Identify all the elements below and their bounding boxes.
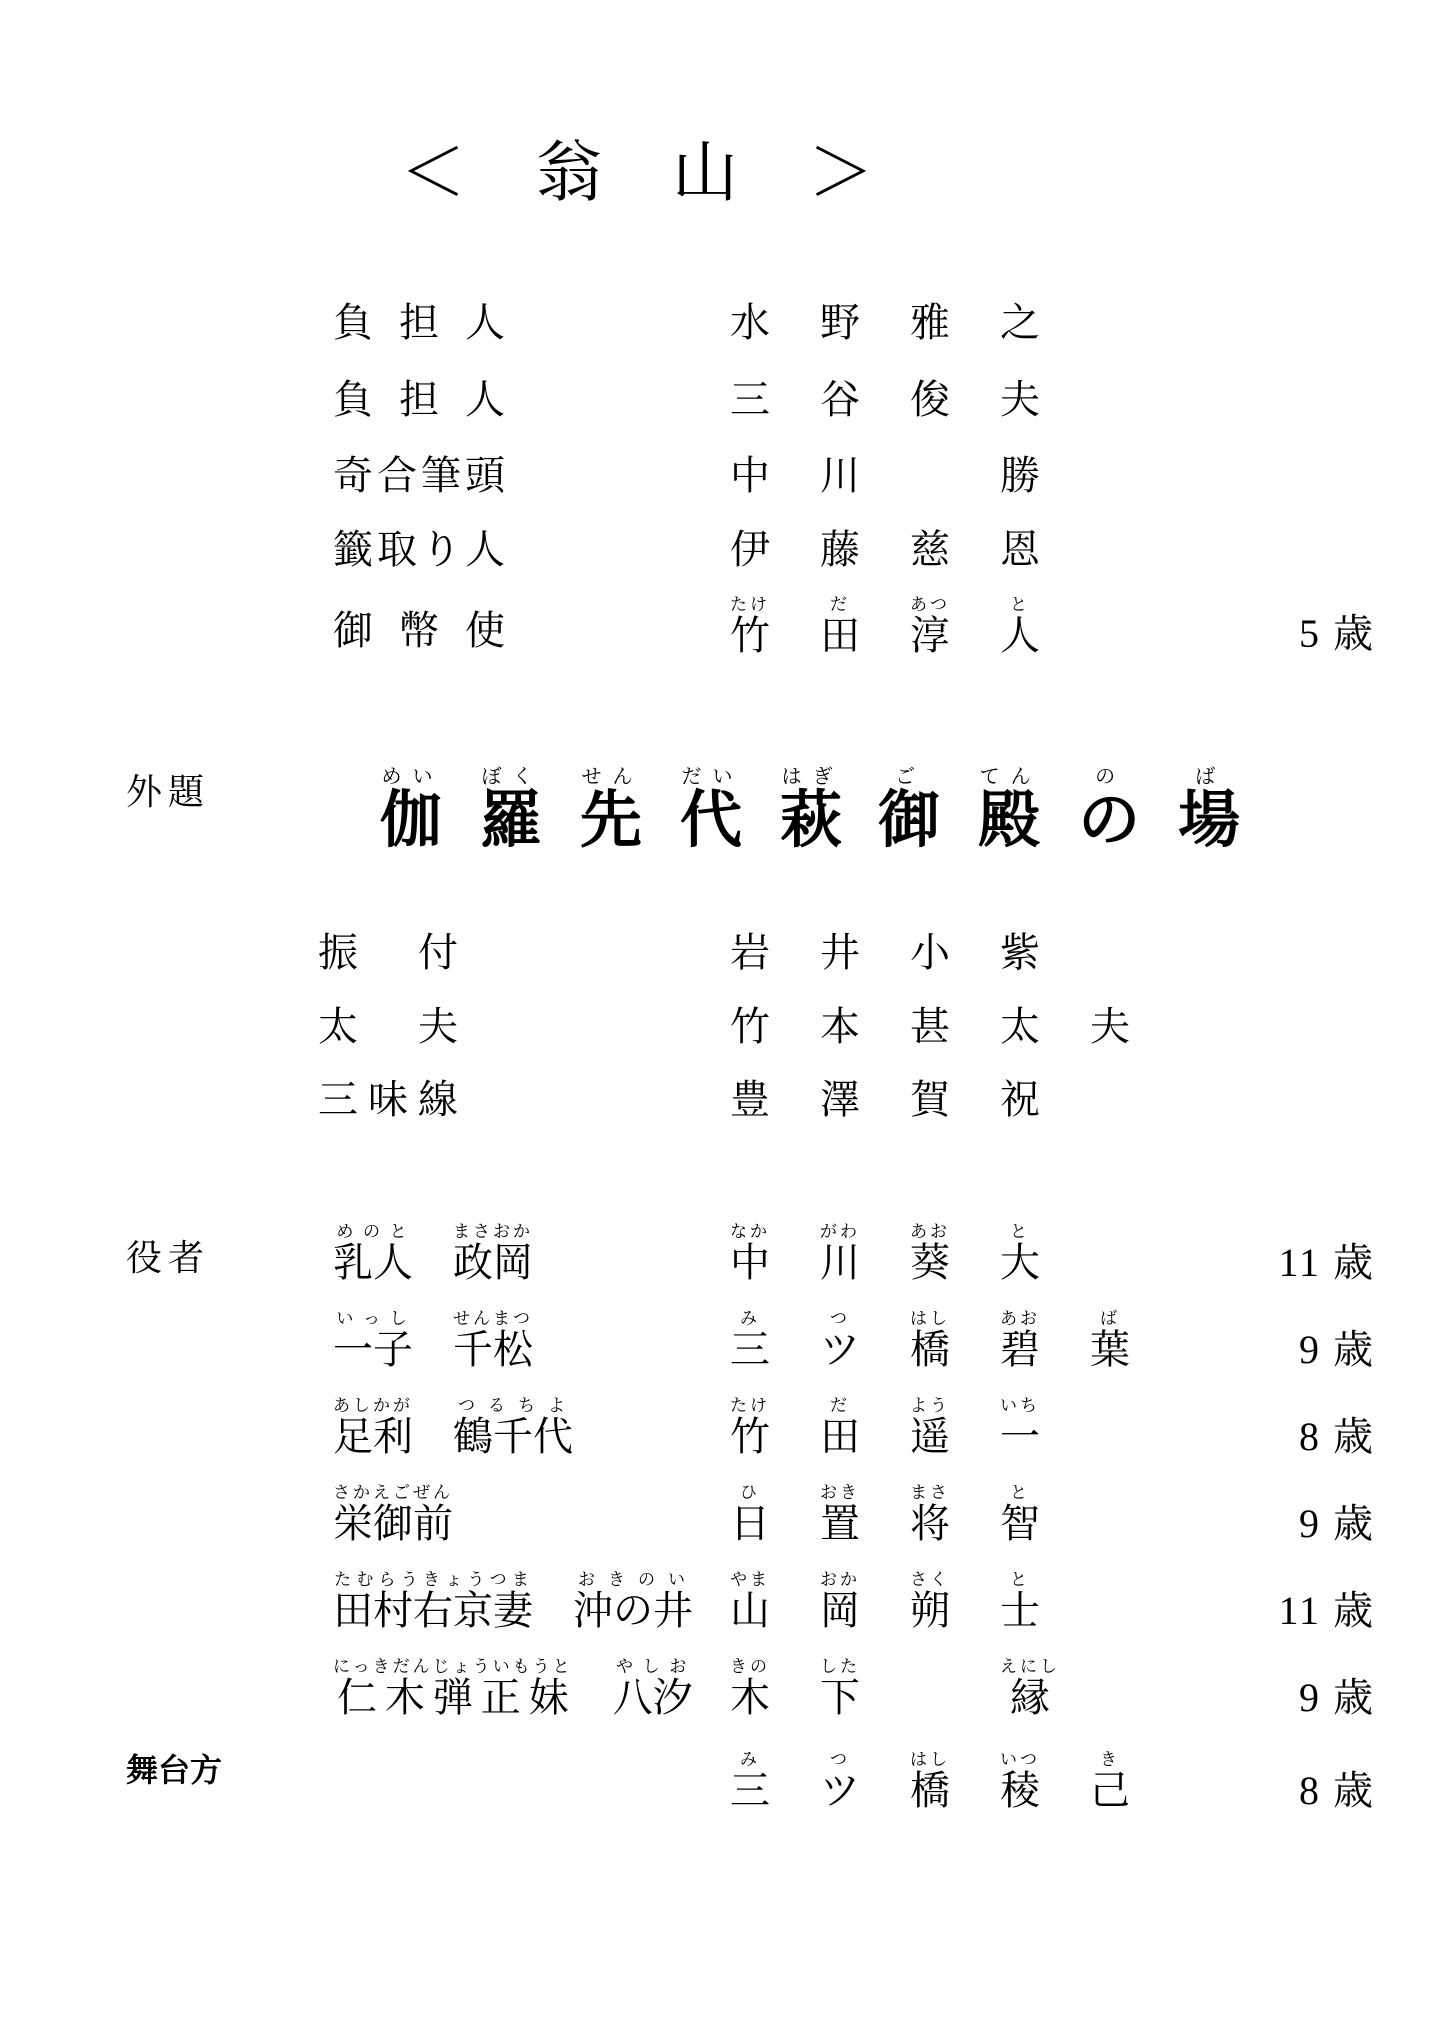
staff-role-label: 御幣使 [333, 608, 505, 654]
age-value: 11 歳 [1100, 1240, 1375, 1286]
cast-actor-name: 木きの下した 縁えにし [730, 1648, 1060, 1721]
cast-role: 一子いっし 千松せんまつ [333, 1300, 533, 1373]
music-role-label: 太夫 [318, 1004, 458, 1050]
staff-name: 伊藤慈恩 [730, 527, 1090, 573]
cast-role: 仁木弾正妹にっきだんじょういもうと 八汐やしお [333, 1648, 693, 1721]
age-value: 8 歳 [1100, 1768, 1375, 1814]
section-label-gedai: 外題 [126, 772, 204, 812]
staff-name: 水野雅之 [730, 300, 1090, 346]
age-value: 9 歳 [1100, 1675, 1375, 1721]
cast-role: 田村右京妻たむらうきょうつま 沖の井おきのい [333, 1561, 693, 1634]
staff-name: 三谷俊夫 [730, 377, 1090, 423]
staff-name: 中川 勝 [730, 453, 1090, 499]
staff-role-label: 負担人 [333, 300, 505, 346]
music-name: 豊澤賀祝 [730, 1077, 1090, 1123]
cast-role: 乳人めのと 政岡まさおか [333, 1213, 533, 1286]
cast-actor-name: 山やま岡おか朔さく士と [730, 1561, 1040, 1634]
cast-actor-name: 日ひ置おき将まさ智と [730, 1474, 1040, 1547]
page-title: ＜ 翁 山 ＞ [400, 138, 876, 210]
age-value: 9 歳 [1100, 1327, 1375, 1373]
play-title-part-1: 伽めい羅ぼく先せん代だい萩はぎ [380, 766, 842, 855]
music-name: 岩井小紫 [730, 930, 1090, 976]
music-role-label: 振付 [318, 930, 458, 976]
cast-actor-name: 中なか川がわ葵あお大と [730, 1213, 1040, 1286]
age-value: 8 歳 [1100, 1414, 1375, 1460]
cast-role: 足利あしかが 鶴千代つるちよ [333, 1387, 573, 1460]
age-value: 5 歳 [1100, 611, 1375, 657]
staff-name-with-furigana: 竹たけ田だ淳あつ人と [730, 586, 1040, 659]
section-label-stagehand: 舞台方 [126, 1752, 222, 1788]
stagehand-name: 三みツつ橋はし稜いつ己き [730, 1741, 1130, 1814]
age-value: 11 歳 [1100, 1588, 1375, 1634]
music-name: 竹本甚太夫 [730, 1004, 1180, 1050]
play-title: 伽めい羅ぼく先せん代だい萩はぎ御ご殿てんのの場ば [380, 734, 1240, 855]
section-label-cast: 役者 [126, 1238, 204, 1278]
play-title-part-2: 御ご殿てんのの場ば [878, 766, 1240, 855]
staff-role-label: 負担人 [333, 377, 505, 423]
age-value: 9 歳 [1100, 1501, 1375, 1547]
music-role-label: 三味線 [318, 1077, 458, 1123]
cast-actor-name: 竹たけ田だ遥よう一いち [730, 1387, 1040, 1460]
staff-role-label: 奇合筆頭 [333, 453, 505, 499]
cast-role: 栄御前さかえごぜん [333, 1474, 453, 1547]
cast-actor-name: 三みツつ橋はし碧あお葉ば [730, 1300, 1130, 1373]
program-page: ＜ 翁 山 ＞ 負担人 水野雅之 負担人 三谷俊夫 奇合筆頭 中川 勝 籤取り人… [0, 0, 1433, 2024]
staff-role-label: 籤取り人 [333, 527, 505, 573]
